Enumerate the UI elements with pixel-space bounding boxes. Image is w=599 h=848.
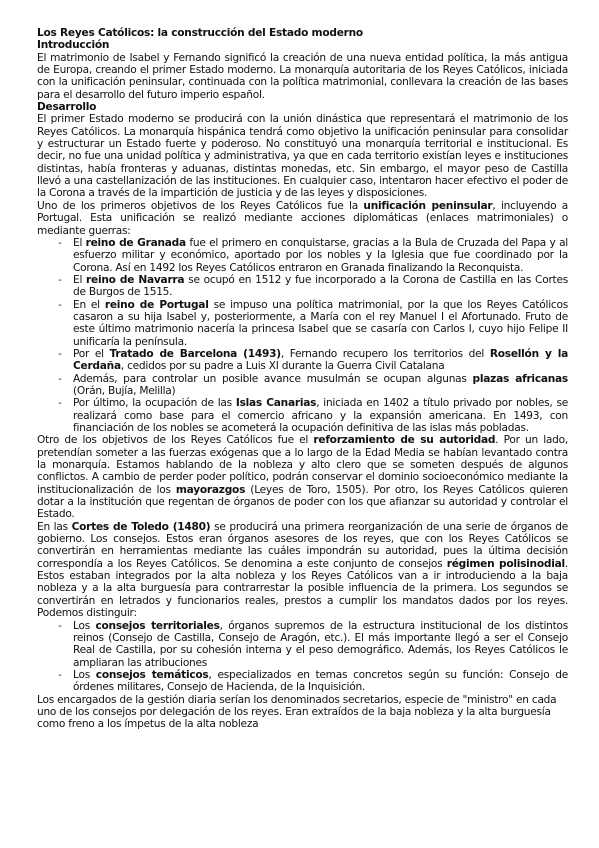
list-item-navarra: El reino de Navarra se ocupó en 1512 y f… <box>73 274 568 299</box>
desarrollo-paragraph-4: En las Cortes de Toledo (1480) se produc… <box>37 521 568 620</box>
bold-term: plazas africanas <box>473 373 568 385</box>
text-run: Además, para controlar un posible avance… <box>73 373 473 385</box>
intro-paragraph: El matrimonio de Isabel y Fernando signi… <box>37 52 568 101</box>
bold-term: Cortes de Toledo (1480) <box>72 521 211 533</box>
desarrollo-paragraph-3: Otro de los objetivos de los Reyes Catól… <box>37 434 568 520</box>
bold-term: reino de Portugal <box>105 299 209 311</box>
bold-term: régimen polisinodial <box>447 558 565 570</box>
text-run: Los <box>73 620 95 632</box>
desarrollo-paragraph-5: Los encargados de la gestión diaria serí… <box>37 694 568 731</box>
document-title: Los Reyes Católicos: la construcción del… <box>37 27 568 39</box>
bold-term: consejos territoriales <box>95 620 219 632</box>
desarrollo-paragraph-1: El primer Estado moderno se producirá co… <box>37 113 568 199</box>
bold-term: mayorazgos <box>176 484 245 496</box>
bold-term: consejos temáticos <box>96 669 209 681</box>
list-item-consejos-tematicos: Los consejos temáticos, especializados e… <box>73 669 568 694</box>
bold-term: unificación peninsular <box>363 200 492 212</box>
councils-list: Los consejos territoriales, órganos supr… <box>37 620 568 694</box>
text-run: Otro de los objetivos de los Reyes Catól… <box>37 434 313 446</box>
section-heading-desarrollo: Desarrollo <box>37 101 568 113</box>
text-run: , Fernando recupero los territorios del <box>281 348 490 360</box>
list-item-barcelona: Por el Tratado de Barcelona (1493), Fern… <box>73 348 568 373</box>
list-item-granada: El reino de Granada fue el primero en co… <box>73 237 568 274</box>
text-run: En el <box>73 299 105 311</box>
list-item-consejos-territoriales: Los consejos territoriales, órganos supr… <box>73 620 568 669</box>
text-run: Por último, la ocupación de las <box>73 397 236 409</box>
list-item-plazas-africanas: Además, para controlar un posible avance… <box>73 373 568 398</box>
bold-term: reforzamiento de su autoridad <box>313 434 495 446</box>
text-run: Por el <box>73 348 110 360</box>
desarrollo-paragraph-2: Uno de los primeros objetivos de los Rey… <box>37 200 568 237</box>
text-run: Los <box>73 669 96 681</box>
document-page: Los Reyes Católicos: la construcción del… <box>37 27 568 731</box>
text-run: Uno de los primeros objetivos de los Rey… <box>37 200 363 212</box>
text-run: El <box>73 274 86 286</box>
unification-list: El reino de Granada fue el primero en co… <box>37 237 568 435</box>
list-item-portugal: En el reino de Portugal se impuso una po… <box>73 299 568 348</box>
bold-term: reino de Navarra <box>86 274 184 286</box>
list-item-canarias: Por último, la ocupación de las Islas Ca… <box>73 397 568 434</box>
bold-term: Islas Canarias <box>236 397 316 409</box>
bold-term: Tratado de Barcelona (1493) <box>110 348 281 360</box>
bold-term: reino de Granada <box>86 237 186 249</box>
text-run: En las <box>37 521 72 533</box>
section-heading-introduccion: Introducción <box>37 39 568 51</box>
text-run: (Orán, Bujía, Melilla) <box>73 385 175 397</box>
text-run: El <box>73 237 86 249</box>
text-run: , cedidos por su padre a Luis XI durante… <box>121 360 445 372</box>
